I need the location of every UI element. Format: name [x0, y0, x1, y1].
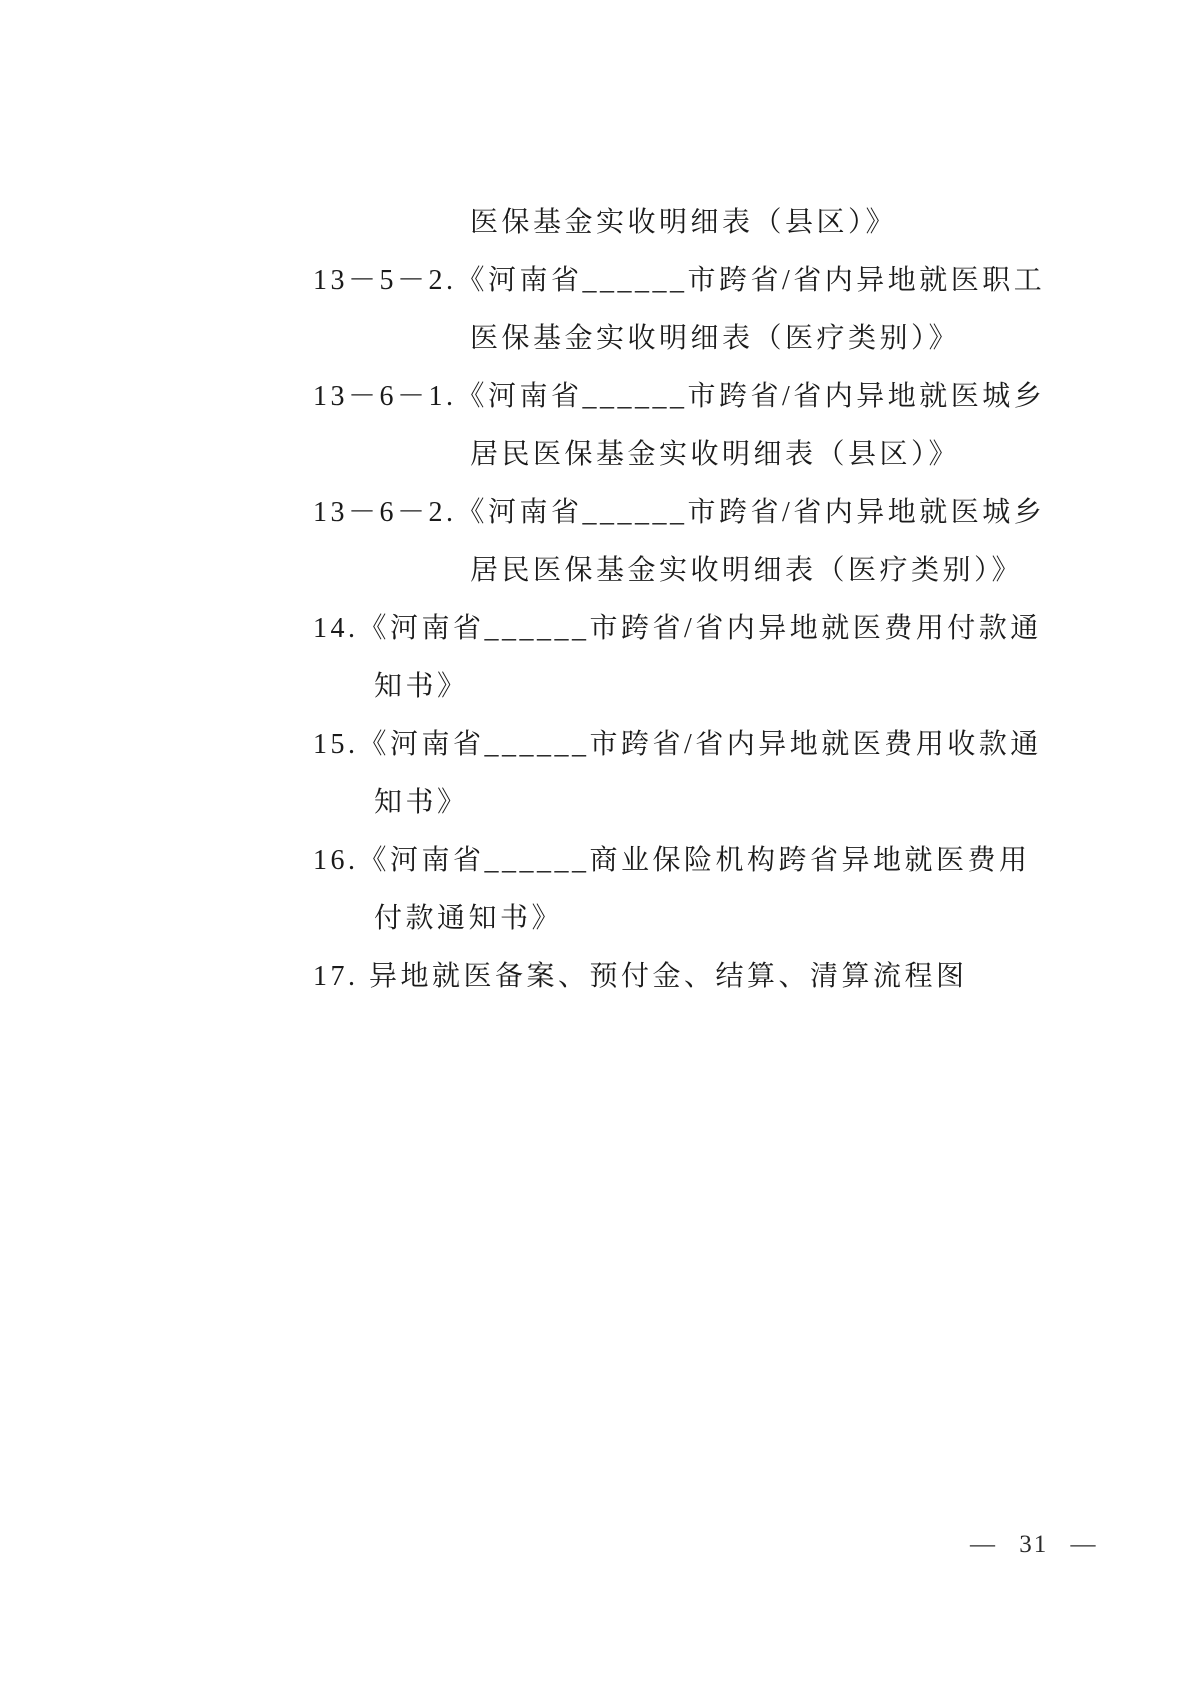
- attachment-line: 居民医保基金实收明细表（县区）》: [0, 426, 1190, 484]
- attachment-line: 13－5－2.《河南省______市跨省/省内异地就医职工: [0, 252, 1190, 310]
- attachment-line: 居民医保基金实收明细表（医疗类别）》: [0, 542, 1190, 600]
- attachment-list: 医保基金实收明细表（县区）》 13－5－2.《河南省______市跨省/省内异地…: [0, 194, 1190, 1006]
- attachment-line: 14.《河南省______市跨省/省内异地就医费用付款通: [0, 600, 1190, 658]
- page-number: — 31 —: [970, 1531, 1098, 1558]
- document-page: 医保基金实收明细表（县区）》 13－5－2.《河南省______市跨省/省内异地…: [0, 0, 1190, 1683]
- attachment-line: 13－6－1.《河南省______市跨省/省内异地就医城乡: [0, 368, 1190, 426]
- attachment-line: 付款通知书》: [0, 890, 1190, 948]
- attachment-line: 医保基金实收明细表（医疗类别）》: [0, 310, 1190, 368]
- attachment-line: 17. 异地就医备案、预付金、结算、清算流程图: [0, 948, 1190, 1006]
- attachment-line: 13－6－2.《河南省______市跨省/省内异地就医城乡: [0, 484, 1190, 542]
- page-footer: — 31 —: [881, 1500, 1098, 1530]
- attachment-line: 15.《河南省______市跨省/省内异地就医费用收款通: [0, 716, 1190, 774]
- attachment-line: 医保基金实收明细表（县区）》: [0, 194, 1190, 252]
- attachment-line: 16.《河南省______商业保险机构跨省异地就医费用: [0, 832, 1190, 890]
- attachment-line: 知书》: [0, 774, 1190, 832]
- attachment-line: 知书》: [0, 658, 1190, 716]
